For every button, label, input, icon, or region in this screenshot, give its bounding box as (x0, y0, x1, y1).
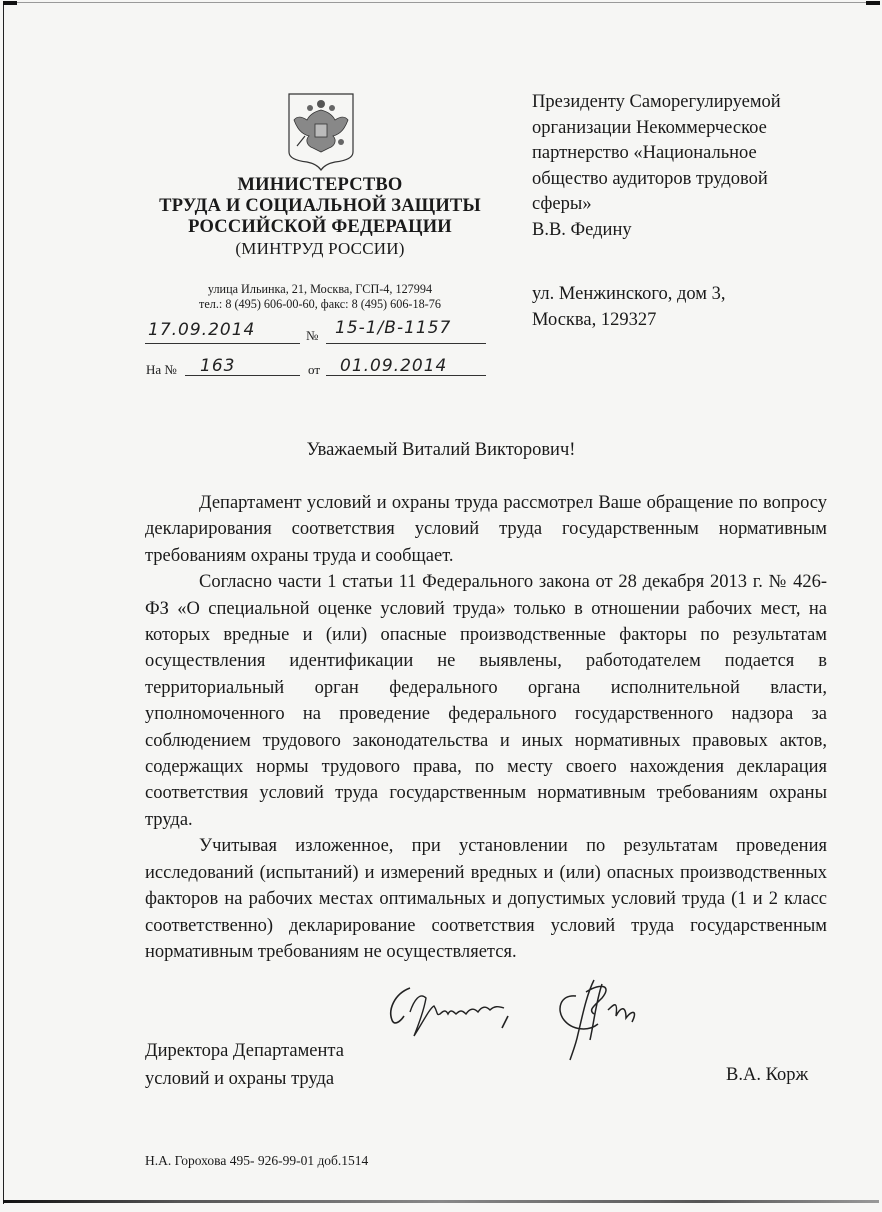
addressee-line: партнерство «Национальное (532, 141, 852, 167)
addressee-name: В.В. Федину (532, 218, 852, 244)
addressee-line: сферы» (532, 192, 852, 218)
address-line: ул. Менжинского, дом 3, (532, 282, 852, 308)
signer-name: В.А. Корж (726, 1065, 808, 1086)
outgoing-number: 15-1/В-1157 (335, 318, 451, 338)
handwritten-signature: С уважением, (380, 970, 720, 1065)
addressee-block: Президенту Саморегулируемой организации … (532, 90, 852, 243)
outgoing-date: 17.09.2014 (148, 320, 255, 340)
ref-number-underline (185, 375, 300, 376)
address-line: Москва, 129327 (532, 308, 852, 334)
ref-date-label: от (308, 362, 320, 378)
signer-position: Директора Департамента условий и охраны … (145, 1037, 344, 1093)
paragraph: Учитывая изложенное, при установлении по… (145, 833, 827, 965)
executor-contact: Н.А. Горохова 495- 926-99-01 доб.1514 (145, 1153, 368, 1169)
addressee-line: организации Некоммерческое (532, 116, 852, 142)
number-underline (326, 343, 486, 344)
letter-body: Департамент условий и охраны труда рассм… (145, 490, 827, 965)
greeting: Уважаемый Виталий Викторович! (0, 440, 882, 461)
page-edge (3, 1200, 879, 1203)
ref-number-label: На № (146, 362, 177, 378)
ministry-name: МИНИСТЕРСТВО ТРУДА И СОЦИАЛЬНОЙ ЗАЩИТЫ Р… (150, 175, 490, 259)
ministry-address: улица Ильинка, 21, Москва, ГСП-4, 127994… (150, 282, 490, 312)
address-line: улица Ильинка, 21, Москва, ГСП-4, 127994 (150, 282, 490, 297)
addressee-line: Президенту Саморегулируемой (532, 90, 852, 116)
page-edge (3, 4, 4, 1204)
number-label: № (306, 328, 318, 344)
addressee-address: ул. Менжинского, дом 3, Москва, 129327 (532, 282, 852, 333)
ministry-line: МИНИСТЕРСТВО (150, 175, 490, 196)
phone-fax-line: тел.: 8 (495) 606-00-60, факс: 8 (495) 6… (150, 297, 490, 312)
corner-mark (3, 1, 17, 5)
coat-of-arms-icon (285, 90, 357, 172)
ministry-line: ТРУДА И СОЦИАЛЬНОЙ ЗАЩИТЫ (150, 196, 490, 217)
date-underline (145, 343, 300, 344)
position-line: Директора Департамента (145, 1037, 344, 1065)
corner-mark (866, 1, 880, 5)
ministry-line: РОССИЙСКОЙ ФЕДЕРАЦИИ (150, 217, 490, 238)
ref-date: 01.09.2014 (340, 356, 447, 376)
paragraph: Согласно части 1 статьи 11 Федерального … (145, 569, 827, 833)
paragraph: Департамент условий и охраны труда рассм… (145, 490, 827, 569)
page-edge (3, 2, 879, 3)
ref-date-underline (326, 375, 486, 376)
addressee-line: общество аудиторов трудовой (532, 167, 852, 193)
ref-number: 163 (200, 356, 235, 376)
ministry-short-name: (МИНТРУД РОССИИ) (150, 238, 490, 259)
position-line: условий и охраны труда (145, 1065, 344, 1093)
